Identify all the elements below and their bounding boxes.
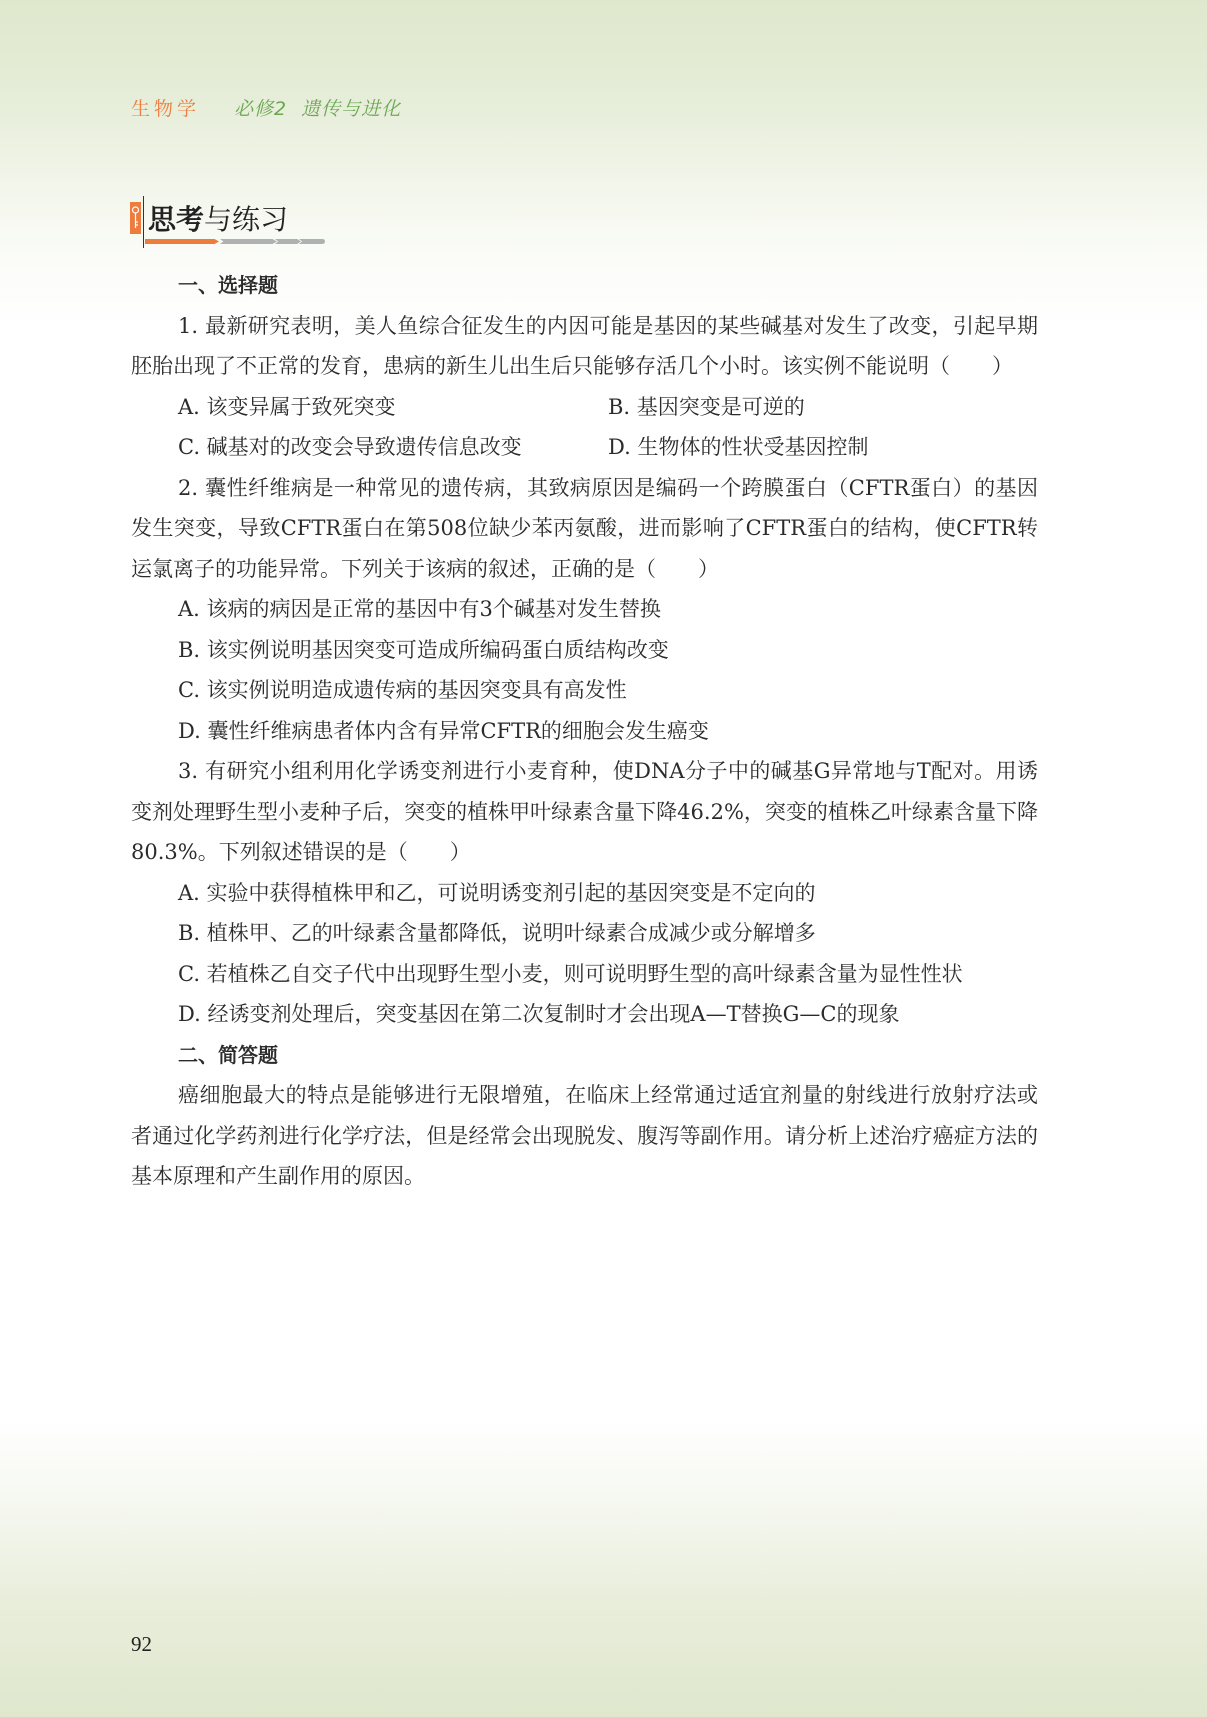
option-3d: D. 经诱变剂处理后，突变基因在第二次复制时才会出现A—T替换G—C的现象 [131, 994, 1038, 1035]
question-stem-3: 3. 有研究小组利用化学诱变剂进行小麦育种，使DNA分子中的碱基G异常地与T配对… [131, 751, 1038, 873]
option-2b: B. 该实例说明基因突变可造成所编码蛋白质结构改变 [131, 630, 1038, 671]
running-header: 生物学必修2遗传与进化 [131, 94, 401, 121]
option-1c: C. 碱基对的改变会导致遗传信息改变 [178, 427, 608, 468]
underline-segment [220, 239, 277, 244]
heading-divider [143, 196, 144, 248]
page-number: 92 [131, 1632, 152, 1657]
option-3b: B. 植株甲、乙的叶绿素含量都降低，说明叶绿素合成减少或分解增多 [131, 913, 1038, 954]
option-1a: A. 该变异属于致死突变 [178, 387, 608, 428]
options-row: C. 碱基对的改变会导致遗传信息改变 D. 生物体的性状受基因控制 [131, 427, 1038, 468]
underline-segment [299, 239, 325, 244]
option-1b: B. 基因突变是可逆的 [608, 387, 1038, 428]
part-heading-choice: 一、选择题 [131, 265, 1038, 306]
short-answer-question: 癌细胞最大的特点是能够进行无限增殖，在临床上经常通过适宜剂量的射线进行放射疗法或… [131, 1075, 1038, 1197]
question-stem-1: 1. 最新研究表明，美人鱼综合征发生的内因可能是基因的某些碱基对发生了改变，引起… [131, 306, 1038, 387]
option-2c: C. 该实例说明造成遗传病的基因突变具有高发性 [131, 670, 1038, 711]
section-title-rest: 与练习 [204, 203, 288, 236]
option-2a: A. 该病的病因是正常的基因中有3个碱基对发生替换 [131, 589, 1038, 630]
header-volume: 必修2 [234, 98, 287, 120]
part-heading-short-answer: 二、简答题 [131, 1035, 1038, 1076]
option-3c: C. 若植株乙自交子代中出现野生型小麦，则可说明野生型的高叶绿素含量为显性性状 [131, 954, 1038, 995]
option-1d: D. 生物体的性状受基因控制 [608, 427, 1038, 468]
section-title: 思考与练习 [148, 198, 288, 238]
underline-segment [145, 239, 219, 244]
option-2d: D. 囊性纤维病患者体内含有异常CFTR的细胞会发生癌变 [131, 711, 1038, 752]
key-icon [130, 202, 141, 234]
header-subject: 生物学 [131, 98, 200, 120]
question-stem-2: 2. 囊性纤维病是一种常见的遗传病，其致病原因是编码一个跨膜蛋白（CFTR蛋白）… [131, 468, 1038, 590]
section-underline [145, 239, 325, 244]
section-title-bold: 思考 [148, 203, 204, 236]
options-row: A. 该变异属于致死突变 B. 基因突变是可逆的 [131, 387, 1038, 428]
underline-segment [275, 239, 301, 244]
exercise-content: 一、选择题 1. 最新研究表明，美人鱼综合征发生的内因可能是基因的某些碱基对发生… [131, 265, 1038, 1197]
option-3a: A. 实验中获得植株甲和乙，可说明诱变剂引起的基因突变是不定向的 [131, 873, 1038, 914]
header-topic: 遗传与进化 [301, 98, 401, 120]
